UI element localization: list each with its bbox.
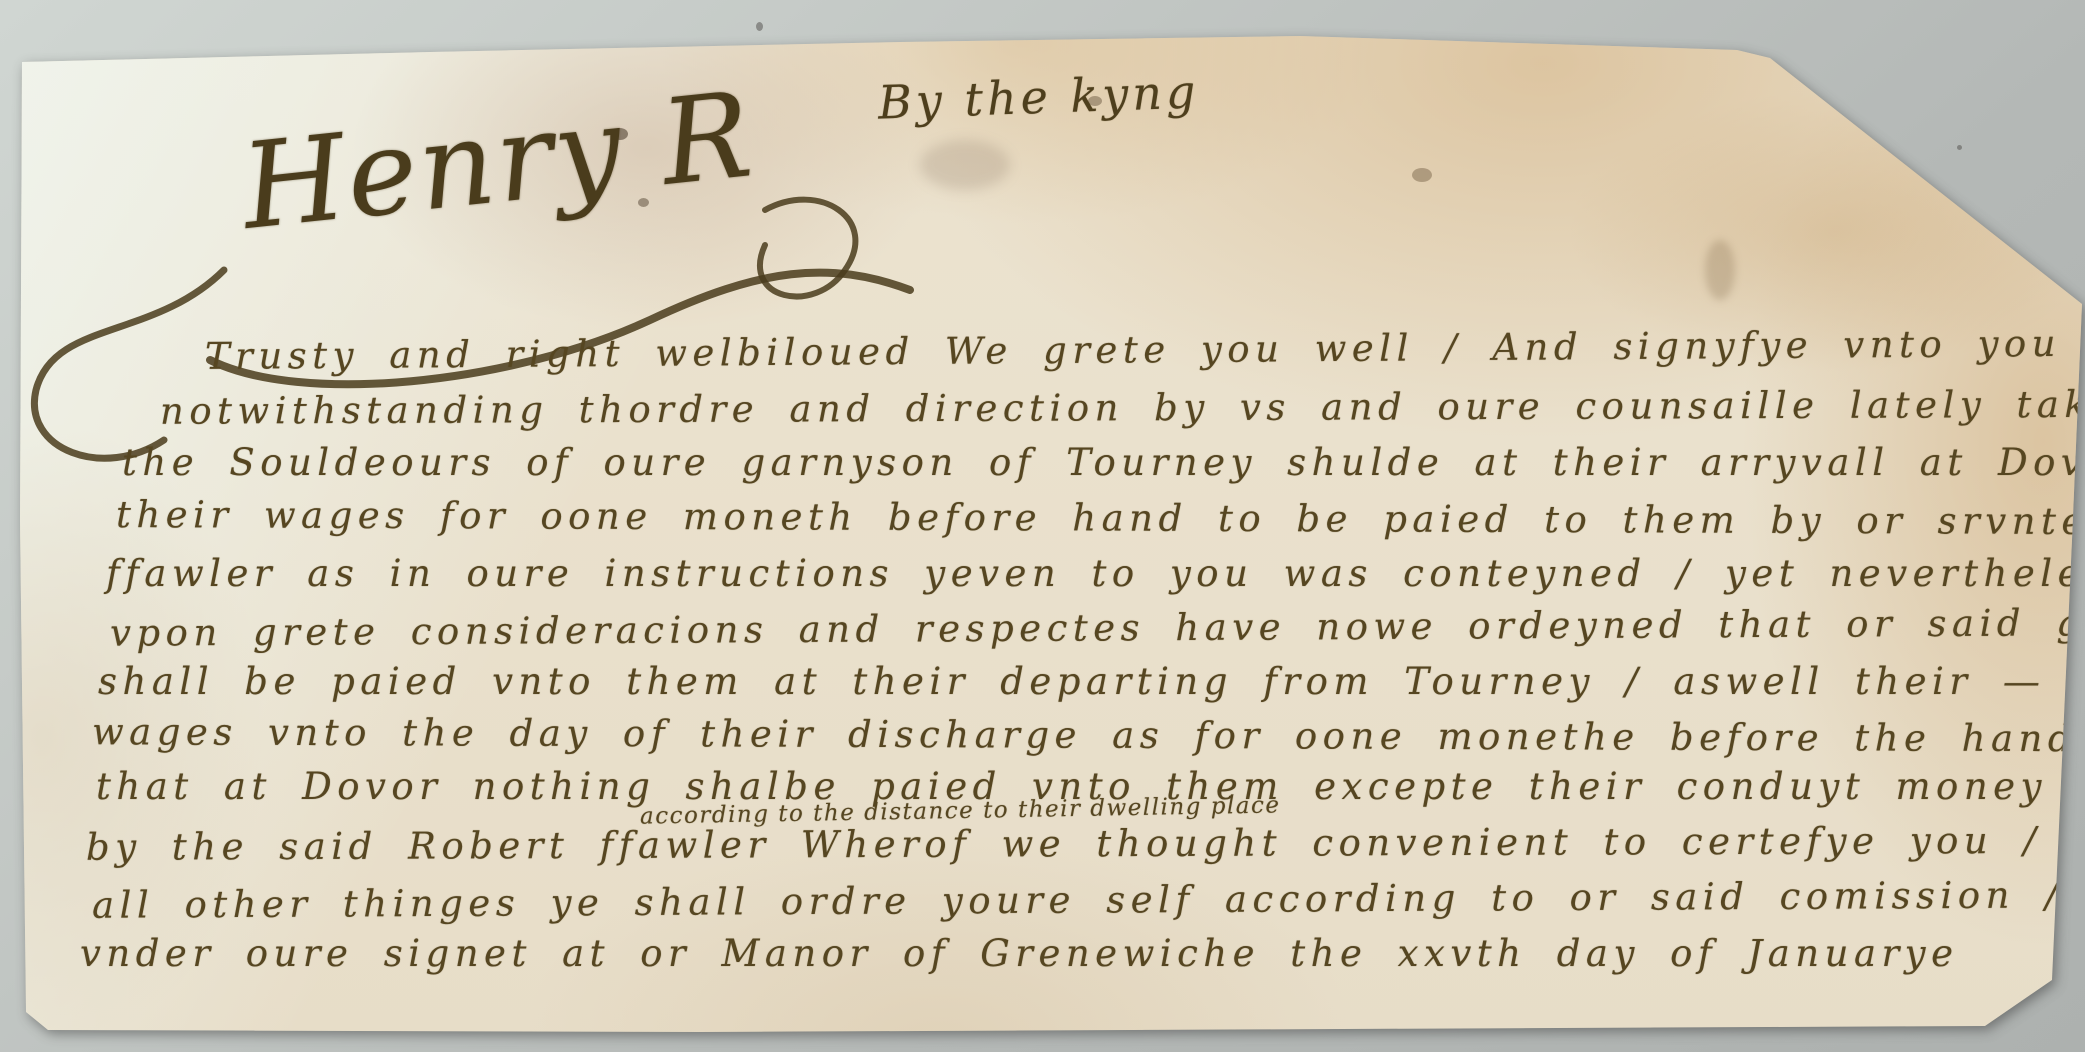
ink-blotch xyxy=(1412,168,1432,182)
scan-backing: By the kyng Henry R Trusty and right wel… xyxy=(0,0,2085,1052)
manuscript-line: vpon grete consideracions and respectes … xyxy=(110,600,2085,654)
manuscript-line: ffawler as in oure instructions yeven to… xyxy=(106,552,2085,595)
manuscript-line: all other thinges ye shall ordre youre s… xyxy=(92,872,2085,927)
manuscript-line: the Souldeours of oure garnyson of Tourn… xyxy=(122,441,2085,484)
heading-by-the-king: By the kyng xyxy=(877,64,1200,129)
manuscript-line: their wages for oone moneth before hand … xyxy=(116,493,2085,544)
manuscript-line: notwithstanding thordre and direction by… xyxy=(160,382,2085,432)
manuscript-photo: By the kyng Henry R Trusty and right wel… xyxy=(0,0,2085,1052)
stain-smudge xyxy=(1705,240,1735,300)
manuscript-line: by the said Robert ffawler Wherof we tho… xyxy=(86,818,2085,869)
manuscript-line: wages vnto the day of their discharge as… xyxy=(92,710,2085,761)
parchment: By the kyng Henry R Trusty and right wel… xyxy=(0,0,2085,1052)
manuscript-line: shall be paied vnto them at their depart… xyxy=(98,660,2045,703)
manuscript-line: vnder oure signet at or Manor of Grenewi… xyxy=(80,932,1958,975)
